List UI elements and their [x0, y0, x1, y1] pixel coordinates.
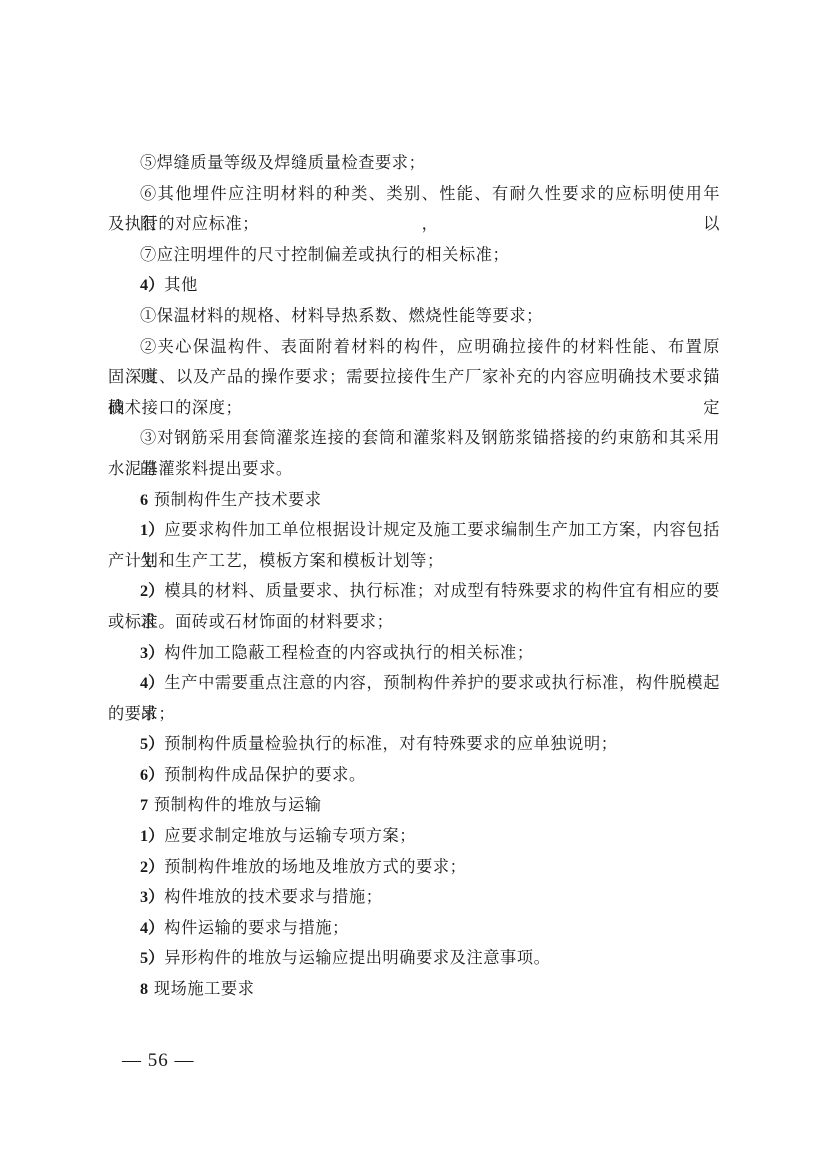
list-item-embedded-tolerance: ⑦应注明埋件的尺寸控制偏差或执行的相关标准；: [108, 240, 720, 271]
line-text: 异形构件的堆放与运输应提出明确要求及注意事项。: [164, 948, 550, 967]
list-item-stacking-site: 2）预制构件堆放的场地及堆放方式的要求；: [108, 852, 720, 883]
line-text: ①保温材料的规格、材料导热系数、燃烧性能等要求；: [140, 306, 543, 325]
list-item-quality-inspection: 5）预制构件质量检验执行的标准，对有特殊要求的应单独说明；: [108, 729, 720, 760]
section-number: 8: [140, 980, 148, 998]
item-number: 4）: [140, 919, 164, 937]
list-item-irregular-components: 5）异形构件的堆放与运输应提出明确要求及注意事项。: [108, 943, 720, 974]
line-text: 或标准。面砖或石材饰面的材料要求；: [108, 612, 393, 631]
page-number: — 56 —: [122, 1050, 195, 1072]
line-text: 产计划和生产工艺，模板方案和模板计划等；: [108, 551, 444, 570]
item-number: 3）: [140, 888, 164, 906]
subsection-other: 4）其他: [108, 270, 720, 301]
line-text: 构件运输的要求与措施；: [164, 918, 349, 937]
list-item-transport-measures: 4）构件运输的要求与措施；: [108, 913, 720, 944]
list-item-stacking-measures: 3）构件堆放的技术要求与措施；: [108, 882, 720, 913]
line-text: ⑦应注明埋件的尺寸控制偏差或执行的相关标准；: [140, 245, 509, 264]
list-item-concealed-inspection: 3）构件加工隐蔽工程检查的内容或执行的相关标准；: [108, 638, 720, 669]
line-text: 预制构件堆放的场地及堆放方式的要求；: [164, 857, 466, 876]
line-text: ⑤焊缝质量等级及焊缝质量检查要求；: [140, 153, 425, 172]
section-title: 现场施工要求: [154, 979, 255, 998]
line-text: 预制构件成品保护的要求。: [164, 765, 365, 784]
line-text: 构件加工隐蔽工程检查的内容或执行的相关标准；: [164, 643, 533, 662]
item-number: 3）: [140, 644, 164, 662]
list-item-continuation: 的要求；: [108, 699, 720, 730]
list-item-stacking-plan: 1）应要求制定堆放与运输专项方案；: [108, 821, 720, 852]
section-title: 预制构件生产技术要求: [154, 490, 322, 509]
list-item-sandwich-insulation: ②夹心保温构件、表面附着材料的构件，应明确拉接件的材料性能、布置原则、锚: [108, 332, 720, 363]
list-item-production-notes: 4）生产中需要重点注意的内容，预制构件养护的要求或执行标准，构件脱模起吊: [108, 668, 720, 699]
line-text: 水泥基灌浆料提出要求。: [108, 459, 293, 478]
item-number: 6）: [140, 766, 164, 784]
list-item-continuation: 产计划和生产工艺，模板方案和模板计划等；: [108, 546, 720, 577]
section-heading-6: 6 预制构件生产技术要求: [108, 485, 720, 516]
section-heading-8: 8 现场施工要求: [108, 974, 720, 1005]
list-item-continuation: 固深度、以及产品的操作要求；需要拉接件生产厂家补充的内容应明确技术要求，确定: [108, 362, 720, 393]
line-text: 预制构件质量检验执行的标准，对有特殊要求的应单独说明；: [164, 734, 617, 753]
line-text: 构件堆放的技术要求与措施；: [164, 887, 382, 906]
list-item-mold-material: 2）模具的材料、质量要求、执行标准；对成型有特殊要求的构件宜有相应的要求: [108, 576, 720, 607]
list-item-production-plan: 1）应要求构件加工单位根据设计规定及施工要求编制生产加工方案，内容包括生: [108, 515, 720, 546]
line-text: 其他: [164, 275, 198, 294]
item-number: 2）: [140, 858, 164, 876]
line-text: 应要求制定堆放与运输专项方案；: [164, 826, 416, 845]
list-item-weld-quality: ⑤焊缝质量等级及焊缝质量检查要求；: [108, 148, 720, 179]
list-item-other-embedded-parts: ⑥其他埋件应注明材料的种类、类别、性能、有耐久性要求的应标明使用年限，以: [108, 179, 720, 210]
line-text: 及执行的对应标准；: [108, 214, 259, 233]
item-number: 4）: [140, 674, 164, 692]
document-body: ⑤焊缝质量等级及焊缝质量检查要求； ⑥其他埋件应注明材料的种类、类别、性能、有耐…: [108, 148, 720, 1005]
item-number: 5）: [140, 735, 164, 753]
item-number: 4）: [140, 276, 164, 294]
list-item-sleeve-grouting: ③对钢筋采用套筒灌浆连接的套筒和灌浆料及钢筋浆锚搭接的约束筋和其采用的: [108, 423, 720, 454]
section-number: 7: [140, 796, 148, 814]
list-item-continuation: 水泥基灌浆料提出要求。: [108, 454, 720, 485]
section-title: 预制构件的堆放与运输: [154, 795, 322, 814]
list-item-continuation: 或标准。面砖或石材饰面的材料要求；: [108, 607, 720, 638]
list-item-product-protection: 6）预制构件成品保护的要求。: [108, 760, 720, 791]
line-text: 的要求；: [108, 704, 175, 723]
item-number: 1）: [140, 827, 164, 845]
section-heading-7: 7 预制构件的堆放与运输: [108, 790, 720, 821]
item-number: 1）: [140, 521, 164, 539]
item-number: 2）: [140, 582, 164, 600]
list-item-insulation-material: ①保温材料的规格、材料导热系数、燃烧性能等要求；: [108, 301, 720, 332]
line-text: 技术接口的深度；: [108, 398, 242, 417]
item-number: 5）: [140, 949, 164, 967]
section-number: 6: [140, 491, 148, 509]
